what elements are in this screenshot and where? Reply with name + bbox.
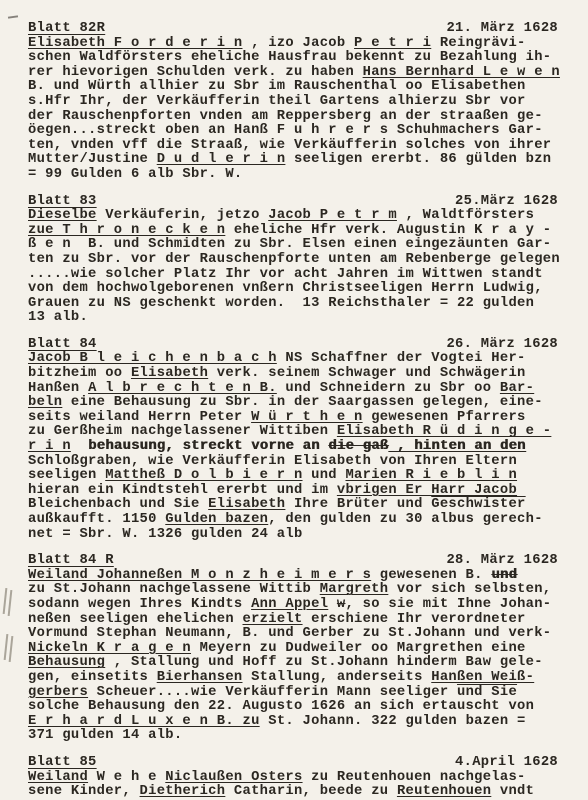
text-line: Dieselbe Verkäuferin, jetzo Jacob P e t … — [28, 209, 558, 224]
text-segment: und Schneidern zu Sbr oo — [277, 381, 500, 396]
text-segment: verk. seinem Schwager und Schwägerin — [208, 366, 525, 381]
text-segment: Marien R i e b l i n — [345, 468, 517, 483]
text-line: .....wie solcher Platz Ihr vor acht Jahr… — [28, 268, 558, 283]
text-segment: Hanßen Weiß- — [431, 670, 534, 685]
text-segment: und — [303, 468, 346, 483]
text-segment: Bleichenbach und Sie — [28, 497, 208, 512]
text-segment: außkaufft. 1150 — [28, 512, 165, 527]
text-segment: NS Schaffner der Vogtei Her- — [277, 351, 526, 366]
text-segment: solche Behausung den 22. Augusto 1626 an… — [28, 699, 534, 714]
entry-text: Jacob B l e i c h e n b a c h NS Schaffn… — [28, 352, 558, 542]
entry-text: Elisabeth F o r d e r i n , izo Jacob P … — [28, 37, 558, 183]
document-page: Blatt 82R 21. März 1628 Elisabeth F o r … — [0, 0, 588, 800]
text-line: gen, einsetits Bierhansen Stallung, ande… — [28, 671, 558, 686]
text-line: 371 gulden 14 alb. — [28, 729, 558, 744]
text-segment: W e h e — [88, 770, 165, 785]
text-segment: Grauen zu NS geschenkt worden. 13 Reichs… — [28, 296, 534, 311]
text-segment: Scheuer....wie Verkäufferin Mann seelige… — [88, 685, 457, 700]
text-segment: eheliche Hfr verk. Augustin K r a y - — [225, 223, 551, 238]
text-segment: beln — [28, 395, 62, 410]
text-segment: Elisabeth R ü d i n g e - — [337, 424, 552, 439]
text-line: = 99 Gulden 6 alb Sbr. W. — [28, 168, 558, 183]
text-segment: zu Reutenhouen nachgelas- — [303, 770, 526, 785]
entry-date: 21. März 1628 — [446, 22, 558, 37]
text-line: Elisabeth F o r d e r i n , izo Jacob P … — [28, 37, 558, 52]
entry-header: Blatt 83 25.März 1628 — [28, 195, 558, 210]
text-segment: sodann wegen Ihres Kindts — [28, 597, 251, 612]
text-segment: Mutter/Justine — [28, 152, 157, 167]
text-segment: behausung, streckt vorne an — [71, 439, 328, 454]
text-segment: neßen seeligen ehelichen — [28, 612, 243, 627]
blatt-label: Blatt 85 — [28, 756, 97, 771]
text-segment: Behausung — [28, 655, 105, 670]
text-line: zu Gerßheim nachgelassener Wittiben Elis… — [28, 425, 558, 440]
text-segment: zue T h r o n e c k e n — [28, 223, 225, 238]
text-segment: , Stallung und Hoff zu St.Johann hinderm… — [105, 655, 543, 670]
entry-blatt-82r: Blatt 82R 21. März 1628 Elisabeth F o r … — [28, 22, 558, 183]
text-segment: sene Kinder, — [28, 784, 140, 799]
text-segment: net = Sbr. W. 1326 gulden 24 alb — [28, 527, 303, 542]
text-segment: Stallung, anderseits — [243, 670, 432, 685]
text-segment: und Sie — [457, 685, 517, 700]
text-segment: Ann Appel — [251, 597, 328, 612]
text-segment: Dietherich — [140, 784, 226, 799]
text-segment: Weiland — [28, 770, 88, 785]
scan-artifact-dash — [8, 15, 18, 18]
text-line: sene Kinder, Dietherich Catharin, beede … — [28, 785, 558, 800]
pencil-tick — [9, 636, 14, 662]
text-segment: eine Behausung zu Sbr. in der Saargassen… — [62, 395, 542, 410]
text-segment: Elisabeth — [208, 497, 285, 512]
text-segment: Hans Bernhard L e w e n — [363, 65, 560, 80]
text-line: schen Waldförsters eheliche Hausfrau bek… — [28, 51, 558, 66]
text-segment: rer hievorigen Schulden verk. zu haben — [28, 65, 363, 80]
text-line: r i n behausung, streckt vorne an die ga… — [28, 440, 558, 455]
text-segment: Dieselbe — [28, 208, 97, 223]
entry-date: 28. März 1628 — [446, 554, 558, 569]
text-segment: Weiland Johanneßen M o n z h e i m e r s — [28, 568, 371, 583]
text-segment: ten zu Sbr. vor der Rauschenpforte unten… — [28, 252, 560, 267]
text-line: außkaufft. 1150 Gulden bazen, den gulden… — [28, 513, 558, 528]
text-segment: D u d l e r i n — [157, 152, 286, 167]
text-segment: gewesenen B. — [371, 568, 491, 583]
text-line: ß e n B. und Schmidten zu Sbr. Elsen ein… — [28, 238, 558, 253]
text-segment: Elisabeth — [131, 366, 208, 381]
text-segment: schen Waldförsters eheliche Hausfrau bek… — [28, 50, 551, 65]
text-line: Bleichenbach und Sie Elisabeth Ihre Brüt… — [28, 498, 558, 513]
text-segment: erzielt — [243, 612, 303, 627]
text-line: zu St.Johann nachgelassene Wittib Margre… — [28, 583, 558, 598]
text-line: Vormund Stephan Neumann, B. und Gerber z… — [28, 627, 558, 642]
text-segment: und — [491, 568, 517, 583]
text-segment: A l b r e c h t e n B. — [88, 381, 277, 396]
text-segment: gen, einsetits — [28, 670, 157, 685]
text-segment: Verkäuferin, jetzo — [97, 208, 269, 223]
text-segment: , so sie mit Ihne Johan- — [345, 597, 551, 612]
blatt-label: Blatt 83 — [28, 195, 97, 210]
entry-text: Dieselbe Verkäuferin, jetzo Jacob P e t … — [28, 209, 558, 326]
text-segment: Nickeln K r a g e n — [28, 641, 191, 656]
text-line: von dem hochwolgeborenen vnßern Christse… — [28, 282, 558, 297]
text-segment: P e t r i — [354, 36, 431, 51]
text-segment: Reingrävi- — [431, 36, 525, 51]
entry-blatt-84: Blatt 84 26. März 1628 Jacob B l e i c h… — [28, 338, 558, 542]
text-line: sodann wegen Ihres Kindts Ann Appel w, s… — [28, 598, 558, 613]
text-segment: bitzheim oo — [28, 366, 131, 381]
entry-text: Weiland Johanneßen M o n z h e i m e r s… — [28, 569, 558, 744]
text-line: Grauen zu NS geschenkt worden. 13 Reichs… — [28, 297, 558, 312]
text-segment: Jacob P e t r m — [268, 208, 397, 223]
text-line: Jacob B l e i c h e n b a c h NS Schaffn… — [28, 352, 558, 367]
text-segment: vor sich selbsten, — [388, 582, 551, 597]
text-line: 13 alb. — [28, 311, 558, 326]
text-segment: ß e n B. und Schmidten zu Sbr. Elsen ein… — [28, 237, 551, 252]
entry-header: Blatt 84 R 28. März 1628 — [28, 554, 558, 569]
text-segment: zu Gerßheim nachgelassener Wittiben — [28, 424, 337, 439]
pencil-tick — [8, 590, 13, 616]
text-segment: .....wie solcher Platz Ihr vor acht Jahr… — [28, 267, 543, 282]
blatt-label: Blatt 84 R — [28, 554, 114, 569]
text-segment: 13 alb. — [28, 310, 88, 325]
text-segment: St. Johann. 322 gulden bazen = — [260, 714, 526, 729]
text-segment: Margreth — [320, 582, 389, 597]
text-segment: , izo Jacob — [243, 36, 355, 51]
text-segment: , hinten an den — [388, 439, 525, 454]
text-segment: hieran ein Kindtstehl ererbt und im — [28, 483, 337, 498]
text-segment: ten, vnden vff die Straaß, wie Verkäuffe… — [28, 138, 551, 153]
text-segment: Niclaußen Osters — [165, 770, 302, 785]
text-segment: vndt — [491, 784, 534, 799]
text-line: s.Hfr Ihr, der Verkäufferin theil Garten… — [28, 95, 558, 110]
text-segment: W ü r t h e n — [251, 410, 363, 425]
text-line: der Rauschenpforten vnden am Reppersberg… — [28, 110, 558, 125]
text-segment: Schloßgraben, wie Verkäufferin Elisabeth… — [28, 454, 517, 469]
text-segment: vbrigen Er Harr Jacob — [337, 483, 517, 498]
text-segment: seeligen ererbt. 86 gülden bzn — [285, 152, 551, 167]
text-line: B. und Würth allhier zu Sbr im Rauschent… — [28, 80, 558, 95]
text-line: bitzheim oo Elisabeth verk. seinem Schwa… — [28, 367, 558, 382]
entry-header: Blatt 82R 21. März 1628 — [28, 22, 558, 37]
text-segment: öegen...streckt oben an Hanß F u h r e r… — [28, 123, 543, 138]
text-line: neßen seeligen ehelichen erzielt erschie… — [28, 613, 558, 628]
text-segment: Ihre Brüter und — [285, 497, 431, 512]
text-segment — [328, 597, 337, 612]
text-segment: Geschwister — [431, 497, 525, 512]
text-segment: Gulden bazen — [165, 512, 268, 527]
entry-blatt-85: Blatt 85 4.April 1628 Weiland W e h e Ni… — [28, 756, 558, 800]
text-segment: von dem hochwolgeborenen vnßern Christse… — [28, 281, 543, 296]
entry-date: 25.März 1628 — [455, 195, 558, 210]
entry-blatt-84r: Blatt 84 R 28. März 1628 Weiland Johanne… — [28, 554, 558, 744]
text-segment: seeligen — [28, 468, 105, 483]
text-segment: 371 gulden 14 alb. — [28, 728, 182, 743]
text-segment: B. und Würth allhier zu Sbr im Rauschent… — [28, 79, 526, 94]
text-segment: der Rauschenpforten vnden am Reppersberg… — [28, 109, 543, 124]
entry-text: Weiland W e h e Niclaußen Osters zu Reut… — [28, 771, 558, 800]
text-line: beln eine Behausung zu Sbr. in der Saarg… — [28, 396, 558, 411]
pencil-tick — [4, 634, 9, 660]
text-line: seeligen Mattheß D o l b i e r n und Mar… — [28, 469, 558, 484]
text-segment: Reutenhouen — [397, 784, 491, 799]
blatt-label: Blatt 82R — [28, 22, 105, 37]
text-segment: Elisabeth F o r d e r i n — [28, 36, 243, 51]
text-segment: Bierhansen — [157, 670, 243, 685]
text-segment: zu St.Johann nachgelassene Wittib — [28, 582, 320, 597]
text-segment: Catharin, beede zu — [225, 784, 397, 799]
text-line: gerbers Scheuer....wie Verkäufferin Mann… — [28, 686, 558, 701]
text-segment: die gaß — [328, 439, 388, 454]
text-line: Behausung , Stallung und Hoff zu St.Joha… — [28, 656, 558, 671]
text-segment: Hanßen — [28, 381, 88, 396]
text-segment: Bar- — [500, 381, 534, 396]
text-segment: Meyern zu Dudweiler oo Margrethen eine — [191, 641, 526, 656]
text-line: öegen...streckt oben an Hanß F u h r e r… — [28, 124, 558, 139]
text-line: Weiland W e h e Niclaußen Osters zu Reut… — [28, 771, 558, 786]
text-segment: , den gulden zu 30 albus gerech- — [268, 512, 543, 527]
text-line: ten zu Sbr. vor der Rauschenpforte unten… — [28, 253, 558, 268]
text-segment: s.Hfr Ihr, der Verkäufferin theil Garten… — [28, 94, 526, 109]
pencil-tick — [3, 588, 8, 614]
text-line: solche Behausung den 22. Augusto 1626 an… — [28, 700, 558, 715]
text-segment: gerbers — [28, 685, 88, 700]
entry-header: Blatt 85 4.April 1628 — [28, 756, 558, 771]
text-segment: gewesenen Pfarrers — [363, 410, 526, 425]
entry-blatt-83: Blatt 83 25.März 1628 Dieselbe Verkäufer… — [28, 195, 558, 326]
text-segment: , Waldtförsters — [397, 208, 534, 223]
text-segment: E r h a r d L u x e n B. zu — [28, 714, 260, 729]
text-segment: seits weiland Herrn Peter — [28, 410, 251, 425]
text-segment: Vormund Stephan Neumann, B. und Gerber z… — [28, 626, 551, 641]
text-segment: Mattheß D o l b i e r n — [105, 468, 302, 483]
margin-pencil-marks — [2, 588, 14, 668]
text-segment: Jacob B l e i c h e n b a c h — [28, 351, 277, 366]
text-segment: r i n — [28, 439, 71, 454]
text-segment: erschiene Ihr verordneter — [303, 612, 526, 627]
text-line: net = Sbr. W. 1326 gulden 24 alb — [28, 528, 558, 543]
text-line: Mutter/Justine D u d l e r i n seeligen … — [28, 153, 558, 168]
text-segment: = 99 Gulden 6 alb Sbr. W. — [28, 167, 243, 182]
entry-date: 4.April 1628 — [455, 756, 558, 771]
